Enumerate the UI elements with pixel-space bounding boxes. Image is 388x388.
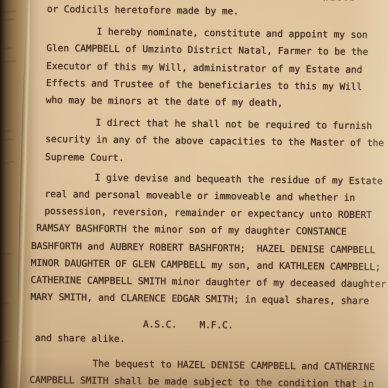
handwriting-mark: ~~~ [4, 16, 14, 25]
binding-edge: ~~~~ ~~~ —~ ~~~~ ~~~ ~~~ -~ ~— ~~ ~~ [0, 0, 38, 388]
handwriting-mark: ~~~~ [2, 58, 15, 67]
scanned-document-page: ~~~~ ~~~ —~ ~~~~ ~~~ ~~~ -~ ~— ~~ ~~ -- … [0, 0, 388, 388]
handwriting-mark: —~ [3, 44, 13, 55]
handwriting-mark: ~~ [3, 300, 10, 308]
handwriting-mark: ~~ [2, 338, 9, 346]
typed-text-block: or Codicils heretofore made by me. I her… [42, 1, 388, 388]
document-line: or Codicils heretofore made by me. [47, 1, 388, 22]
document-line: MARY SMITH, and CLARENCE EDGAR SMITH; in… [30, 289, 388, 311]
handwriting-mark: ~~~ [3, 136, 13, 145]
handwriting-mark: -~ [5, 158, 15, 169]
handwriting-mark: ~— [2, 250, 12, 261]
